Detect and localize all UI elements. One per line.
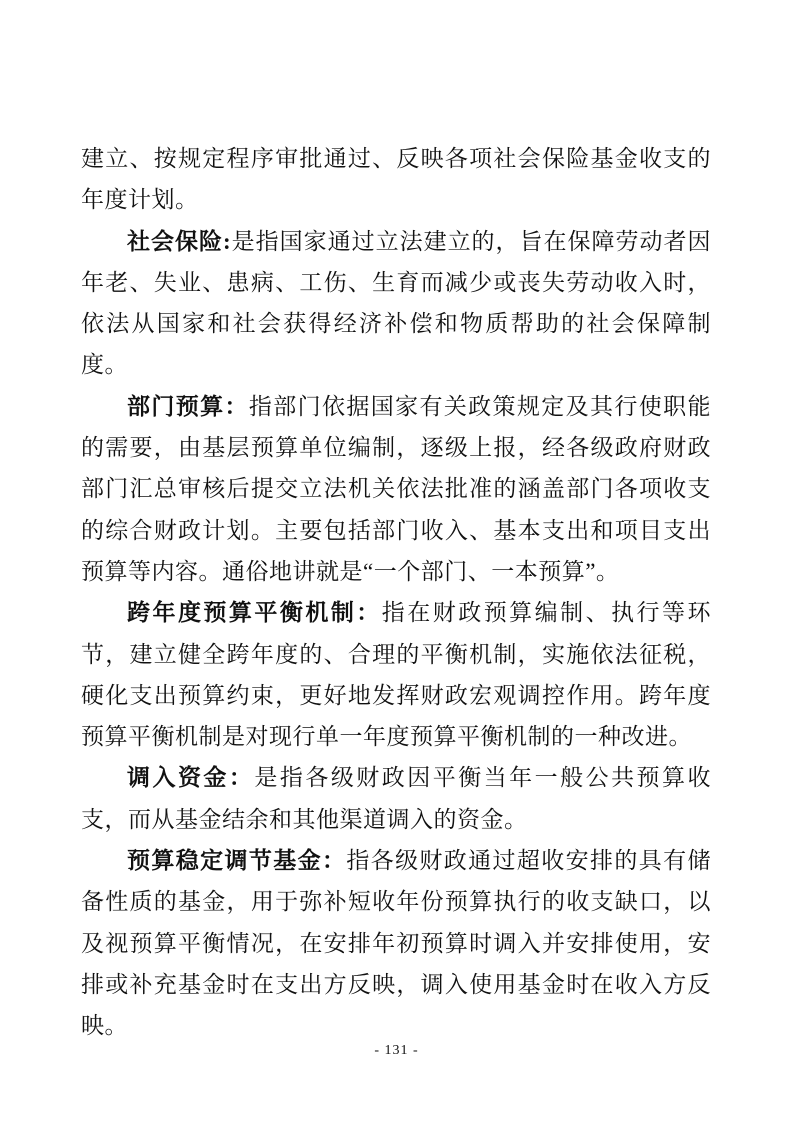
paragraph-transferred-funds: 调入资金：是指各级财政因平衡当年一般公共预算收支，而从基金结余和其他渠道调入的资… xyxy=(81,757,711,840)
paragraph-text: 建立、按规定程序审批通过、反映各项社会保险基金收支的年度计划。 xyxy=(81,146,711,212)
term-budget-stabilization-fund: 预算稳定调节基金： xyxy=(127,848,346,873)
paragraph-text: 指各级财政通过超收安排的具有储备性质的基金，用于弥补短收年份预算执行的收支缺口，… xyxy=(81,848,711,1038)
paragraph-cross-year-budget-balance: 跨年度预算平衡机制：指在财政预算编制、执行等环节，建立健全跨年度的、合理的平衡机… xyxy=(81,592,711,757)
paragraph-text: 指部门依据国家有关政策规定及其行使职能的需要，由基层预算单位编制，逐级上报，经各… xyxy=(81,394,711,584)
paragraph-continuation: 建立、按规定程序审批通过、反映各项社会保险基金收支的年度计划。 xyxy=(81,138,711,221)
page-number: - 131 - xyxy=(0,1043,793,1059)
term-cross-year-budget-balance: 跨年度预算平衡机制： xyxy=(127,600,382,625)
term-social-insurance: 社会保险: xyxy=(127,229,231,254)
document-page: 建立、按规定程序审批通过、反映各项社会保险基金收支的年度计划。 社会保险:是指国… xyxy=(0,0,793,1122)
paragraph-department-budget: 部门预算：指部门依据国家有关政策规定及其行使职能的需要，由基层预算单位编制，逐级… xyxy=(81,386,711,592)
term-department-budget: 部门预算： xyxy=(127,394,249,419)
paragraph-budget-stabilization-fund: 预算稳定调节基金：指各级财政通过超收安排的具有储备性质的基金，用于弥补短收年份预… xyxy=(81,840,711,1046)
paragraph-social-insurance: 社会保险:是指国家通过立法建立的，旨在保障劳动者因年老、失业、患病、工伤、生育而… xyxy=(81,221,711,386)
term-transferred-funds: 调入资金： xyxy=(127,765,254,790)
page-body-text: 建立、按规定程序审批通过、反映各项社会保险基金收支的年度计划。 社会保险:是指国… xyxy=(81,138,711,1047)
